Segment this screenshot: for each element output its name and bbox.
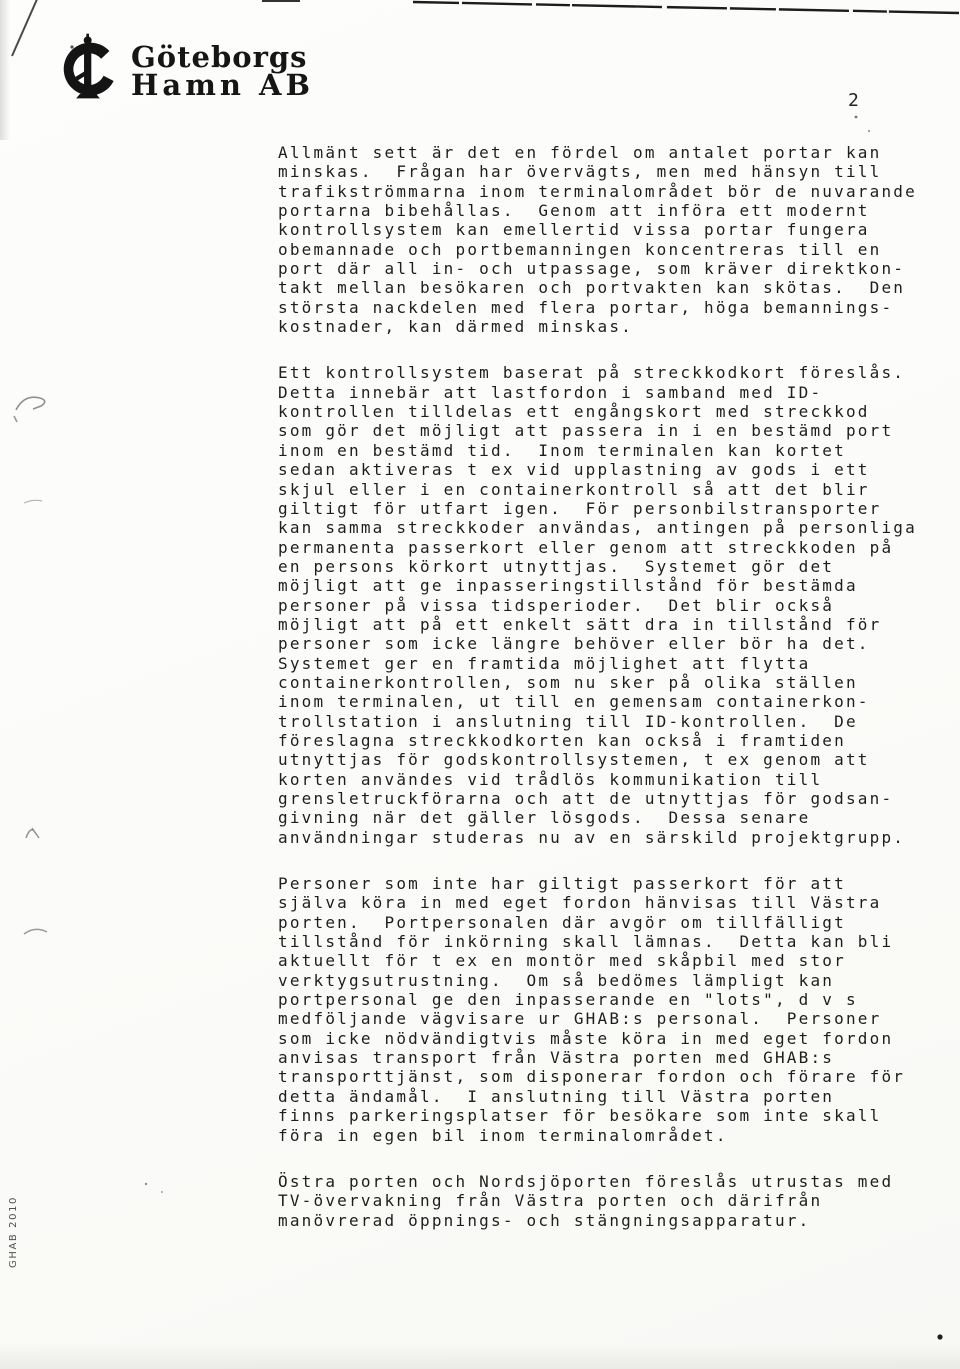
text-line: finns parkeringsplatser för besökare som… (278, 1106, 938, 1125)
text-line: personer på vissa tidsperioder. Det blir… (278, 596, 938, 615)
text-line: portarna bibehållas. Genom att införa et… (278, 201, 938, 220)
scan-edge-shadow (0, 0, 10, 140)
text-line: trafikströmmarna inom terminalområdet bö… (278, 182, 938, 201)
text-line: minskas. Frågan har övervägts, men med h… (278, 162, 938, 181)
text-line: personer som icke längre behöver eller b… (278, 634, 938, 653)
text-line: användningar studeras nu av en särskild … (278, 828, 938, 847)
paragraph: Personer som inte har giltigt passerkort… (278, 874, 938, 1145)
text-line: medföljande vägvisare ur GHAB:s personal… (278, 1009, 938, 1028)
page-number: 2 (848, 90, 861, 111)
text-line: möjligt att på ett enkelt sätt dra in ti… (278, 615, 938, 634)
paragraph: Östra porten och Nordsjöporten föreslås … (278, 1172, 938, 1230)
text-line: TV-övervakning från Västra porten och dä… (278, 1191, 938, 1210)
document-body: Allmänt sett är det en fördel om antalet… (278, 143, 938, 1257)
text-line: trollstation i anslutning till ID-kontro… (278, 712, 938, 731)
company-name-line1: Göteborgs (131, 43, 314, 71)
text-line: anvisas transport från Västra porten med… (278, 1048, 938, 1067)
text-line: verktygsutrustning. Om så bedömes lämpli… (278, 971, 938, 990)
text-line: Ett kontrollsystem baserat på streckkodk… (278, 363, 938, 382)
text-line: tillstånd för inkörning skall lämnas. De… (278, 932, 938, 951)
text-line: portpersonal ge den inpasserande en "lot… (278, 990, 938, 1009)
text-line: givning när det gäller lösgods. Dessa se… (278, 808, 938, 827)
text-line: kostnader, kan därmed minskas. (278, 317, 938, 336)
text-line: port där all in- och utpassage, som kräv… (278, 259, 938, 278)
text-line: Personer som inte har giltigt passerkort… (278, 874, 938, 893)
text-line: kontrollen tilldelas ett engångskort med… (278, 402, 938, 421)
goteborgs-hamn-logo-icon (55, 33, 121, 103)
text-line: obemannade och portbemanningen koncentre… (278, 240, 938, 259)
text-line: porten. Portpersonalen där avgör om till… (278, 913, 938, 932)
text-line: sedan aktiveras t ex vid upplastning av … (278, 460, 938, 479)
text-line: som gör det möjligt att passera in i en … (278, 421, 938, 440)
paragraph: Allmänt sett är det en fördel om antalet… (278, 143, 938, 336)
letterhead: Göteborgs Hamn AB (55, 33, 314, 103)
text-line: utnyttjas för godskontrollsystemen, t ex… (278, 750, 938, 769)
text-line: föra in egen bil inom terminalområdet. (278, 1126, 938, 1145)
text-line: kontrollsystem kan emellertid vissa port… (278, 220, 938, 239)
scan-edge-shadow (0, 1343, 960, 1369)
text-line: Östra porten och Nordsjöporten föreslås … (278, 1172, 938, 1191)
text-line: takt mellan besökaren och portvakten kan… (278, 278, 938, 297)
text-line: kan samma streckkoder användas, antingen… (278, 518, 938, 537)
company-name-line2: Hamn AB (131, 71, 314, 99)
text-line: containerkontrollen, som nu sker på olik… (278, 673, 938, 692)
text-line: själva köra in med eget fordon hänvisas … (278, 893, 938, 912)
paragraph: Ett kontrollsystem baserat på streckkodk… (278, 363, 938, 847)
archive-stamp: GHAB 2010 (8, 1196, 19, 1268)
text-line: Systemet ger en framtida möjlighet att f… (278, 654, 938, 673)
text-line: permanenta passerkort eller genom att st… (278, 538, 938, 557)
text-line: inom en bestämd tid. Inom terminalen kan… (278, 441, 938, 460)
text-line: största nackdelen med flera portar, höga… (278, 298, 938, 317)
text-line: aktuellt för t ex en montör med skåpbil … (278, 951, 938, 970)
text-line: inom terminalen, ut till en gemensam con… (278, 692, 938, 711)
text-line: korten användes vid trådlös kommunikatio… (278, 770, 938, 789)
text-line: en persons körkort utnyttjas. Systemet g… (278, 557, 938, 576)
text-line: transporttjänst, som disponerar fordon o… (278, 1067, 938, 1086)
text-line: manövrerad öppnings- och stängningsappar… (278, 1211, 938, 1230)
text-line: giltigt för utfart igen. För personbilst… (278, 499, 938, 518)
text-line: Allmänt sett är det en fördel om antalet… (278, 143, 938, 162)
text-line: grensletruckförarna och att de utnyttjas… (278, 789, 938, 808)
text-line: Detta innebär att lastfordon i samband m… (278, 383, 938, 402)
company-name: Göteborgs Hamn AB (131, 33, 314, 103)
text-line: skjul eller i en containerkontroll så at… (278, 480, 938, 499)
text-line: som icke nödvändigtvis måste köra in med… (278, 1029, 938, 1048)
scanned-document-page: Göteborgs Hamn AB 2 Allmänt sett är det … (0, 0, 960, 1369)
text-line: föreslagna streckkodkorten kan också i f… (278, 731, 938, 750)
text-line: möjligt att ge inpasseringstillstånd för… (278, 576, 938, 595)
text-line: detta ändamål. I anslutning till Västra … (278, 1087, 938, 1106)
